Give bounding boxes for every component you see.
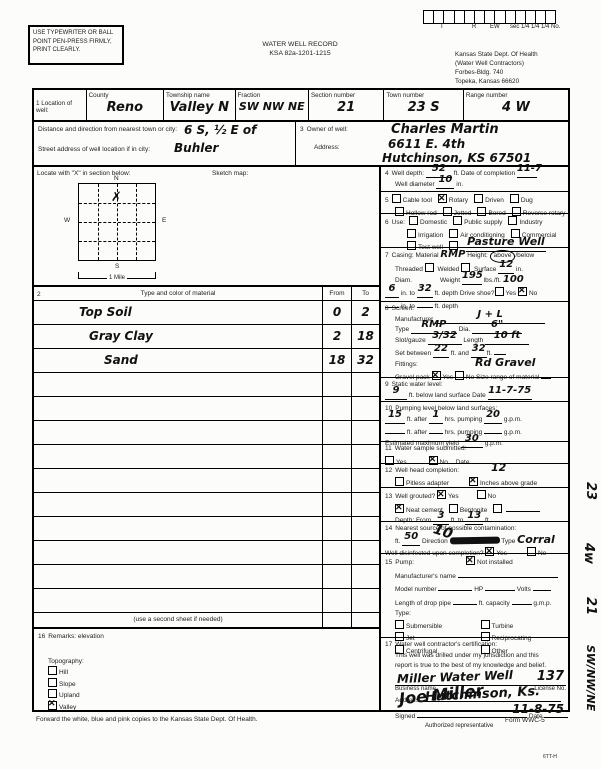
certification-label: Water well contractor's certification: — [395, 641, 497, 648]
bentonite-checkbox[interactable] — [449, 504, 458, 513]
table-row-empty — [34, 589, 379, 613]
from-cell: 2 — [322, 325, 351, 348]
not-installed-label: Not installed — [477, 559, 513, 566]
well-diameter-value: 10 — [438, 177, 452, 183]
grouted-no-label: No — [488, 493, 496, 500]
static-date-blank: 11-7-75 — [488, 391, 532, 400]
index-code-labels: T R EW sec 1/4 1/4 1/4 No. — [424, 24, 557, 33]
completion-date-label: ft. Date of completion — [454, 170, 515, 177]
drop-ft-label: ft. — [479, 600, 484, 607]
driven-checkbox[interactable] — [474, 194, 483, 203]
gpm-blank: 20 — [484, 415, 502, 424]
distance-owner-row: Distance and direction from nearest town… — [34, 122, 568, 167]
fraction-value: SW NW NE — [236, 100, 308, 113]
from-value: 0 — [333, 305, 341, 319]
inches-above-grade-checkbox[interactable] — [469, 477, 478, 486]
casing-depth-blank: 32 — [417, 289, 433, 298]
item-9-static-water-level: 9Static water level: 9 ft. below land su… — [381, 377, 568, 401]
gravel-note-value: Rd Gravel — [475, 358, 535, 369]
street-value: Buhler — [174, 141, 218, 155]
agency-line: Forbes-Bldg. 740 — [455, 68, 538, 77]
hill-checkbox[interactable] — [48, 666, 57, 675]
range-cell: Range number 4 W — [463, 90, 568, 120]
welded-label: Welded — [437, 266, 459, 273]
item-num: 4 — [385, 170, 389, 177]
casing-dia-blank: 6 — [385, 289, 399, 298]
from-value: 2 — [333, 329, 341, 343]
after-label: ft. after — [407, 416, 427, 423]
contamination-ft-label: ft. — [395, 538, 400, 545]
surface-value: 12 — [499, 262, 513, 268]
topography-label: Topography: — [48, 657, 375, 667]
material-value: Gray Clay — [89, 329, 153, 343]
hrs-pumping-label: hrs. pumping — [445, 416, 483, 423]
pump-type-label: Type: — [395, 610, 411, 617]
agency-line: Topeka, Kansas 66620 — [455, 77, 538, 86]
agency-line: (Water Well Contractors) — [455, 59, 538, 68]
item-13-well-grouted: 13Well grouted? YesNo Neat cementBentoni… — [381, 487, 568, 521]
item-4-well-depth: 4Well depth: 52 ft. Date of completion 1… — [381, 167, 568, 191]
distance-value: 6 S, ½ E of — [184, 123, 256, 137]
upland-label: Upland — [59, 692, 80, 699]
item-8-screen: 8Screen: Manufacturer J + L Type RMP Dia… — [381, 301, 568, 377]
topography-option: Upland — [48, 689, 375, 701]
casing-material-label: Material — [415, 252, 438, 259]
slope-checkbox[interactable] — [48, 678, 57, 687]
certification-text-1: This well was drilled under my jurisdict… — [395, 651, 566, 662]
section-value: 21 — [309, 100, 383, 115]
hp-label: HP — [474, 586, 483, 593]
table-row-empty — [34, 373, 379, 397]
pump-label: Pump: — [395, 559, 414, 566]
gmp-label: g.m.p. — [533, 600, 551, 607]
county-value: Reno — [87, 100, 163, 115]
contamination-ft-blank: 50 — [402, 537, 420, 546]
table-row: Sand 18 32 — [34, 349, 379, 373]
fraction-label: Fraction — [238, 92, 306, 99]
grout-to-value: 13 — [467, 513, 481, 519]
valley-label: Valley — [59, 704, 76, 711]
agency-line: Kansas State Dept. Of Health — [455, 50, 538, 59]
index-box[interactable] — [545, 10, 556, 24]
topography-option: Valley — [48, 701, 375, 713]
margin-note-range: 4w — [581, 543, 596, 564]
material-value: Sand — [104, 353, 138, 367]
county-cell: County Reno — [86, 90, 163, 120]
in-label: in. — [456, 181, 463, 188]
casing-dia-value: 6 — [389, 286, 396, 292]
hours-blank: 1 — [429, 415, 443, 424]
agency-address: Kansas State Dept. Of Health (Water Well… — [455, 50, 538, 86]
static-date-label: Date — [472, 392, 486, 399]
item-6-use: 6Use:DomesticPublic supplyIndustry Irrig… — [381, 213, 568, 247]
in-to-label: in. to — [401, 290, 415, 297]
set-from-blank: 22 — [433, 349, 449, 358]
water-sample-label: Water sample submitted: — [395, 445, 467, 452]
set-to-value: 32 — [472, 346, 486, 352]
well-head-value: 12 — [491, 463, 506, 474]
industry-checkbox[interactable] — [508, 216, 517, 225]
grout-from-value: 3 — [437, 513, 444, 519]
label-ew: EW — [490, 24, 500, 30]
range-label: Range number — [466, 92, 566, 99]
well-grouted-label: Well grouted? — [395, 493, 435, 500]
in-label: in. — [516, 266, 523, 273]
hours-value: 1 — [432, 412, 439, 418]
margin-note-section: 21 — [583, 597, 598, 615]
label-sec: sec 1/4 1/4 1/4 No. — [510, 24, 560, 30]
table-row-empty — [34, 517, 379, 541]
weight-value: 195 — [462, 273, 483, 279]
submersible-label: Submersible — [406, 623, 442, 630]
owner-address-value-1: 6611 E. 4th — [388, 137, 465, 151]
compass-east: E — [162, 217, 166, 224]
slot-gauze-label: Slot/gauze — [395, 337, 426, 344]
left-column: Locate with "X" in section below: Sketch… — [34, 167, 379, 712]
location-row: 1 Location of well: County Reno Township… — [34, 90, 568, 122]
casing-material-value: RMP — [440, 249, 465, 260]
turbine-checkbox[interactable] — [481, 620, 490, 629]
to-cell: 32 — [351, 349, 379, 372]
screen-length-value: 10 ft — [494, 333, 521, 339]
table-row-empty — [34, 493, 379, 517]
irrigation-label: Irrigation — [418, 232, 443, 239]
material-table-header: 2 Type and color of material From To — [34, 287, 379, 301]
not-installed-checkbox[interactable] — [466, 556, 475, 565]
gpm-label: g.p.m. — [504, 416, 522, 423]
table-row-empty — [34, 469, 379, 493]
neat-cement-checkbox[interactable] — [395, 504, 404, 513]
rotary-label: Rotary — [449, 197, 468, 204]
contamination-type-label: Type — [501, 538, 515, 545]
item-num: 8 — [385, 305, 389, 312]
item-14-contamination: 14Nearest source of possible contaminati… — [381, 521, 568, 553]
well-depth-label: Well depth: — [392, 170, 424, 177]
static-level-value: 9 — [393, 388, 400, 394]
remarks-label: Remarks: elevation — [48, 633, 104, 640]
sketch-map-label: Sketch map: — [212, 170, 248, 177]
upland-checkbox[interactable] — [48, 689, 57, 698]
turbine-label: Turbine — [492, 623, 514, 630]
pumping-level-blank: 15 — [385, 415, 405, 424]
set-mid-label: ft. and — [451, 350, 469, 357]
drive-shoe-yes-checkbox[interactable] — [495, 287, 504, 296]
margin-note-town: 23 — [583, 482, 598, 500]
drive-shoe-label: Drive shoe? — [460, 290, 495, 297]
dug-checkbox[interactable] — [510, 194, 519, 203]
pitless-adapter-label: Pitless adapter — [406, 480, 449, 487]
index-code-cells — [424, 10, 557, 24]
drive-shoe-yes-label: Yes — [506, 290, 517, 297]
to-cell: 2 — [351, 301, 379, 324]
table-row-empty — [34, 397, 379, 421]
contamination-ft-value: 50 — [404, 534, 418, 540]
weight-blank: 195 — [462, 276, 482, 285]
driven-label: Driven — [485, 197, 504, 204]
screen-dia-value: 6" — [491, 322, 503, 328]
use-label: Use: — [392, 219, 405, 226]
table-row-empty — [34, 421, 379, 445]
screen-length-blank: 10 ft — [485, 336, 529, 345]
irrigation-checkbox[interactable] — [407, 229, 416, 238]
item-15-pump: 15Pump:Not installed Manufacturer's name… — [381, 553, 568, 637]
casing-height-label: Height: — [467, 252, 488, 259]
pumping-level-value: 15 — [388, 412, 402, 418]
to-value: 32 — [357, 353, 374, 367]
material-cell: Gray Clay — [34, 325, 322, 348]
from-value: 18 — [329, 353, 346, 367]
material-cell: Top Soil — [34, 301, 322, 324]
grouted-no-checkbox[interactable] — [477, 490, 486, 499]
item-17-certification: 17Water well contractor's certification:… — [381, 637, 568, 714]
instruction-box: USE TYPEWRITER OR BALL POINT PEN-PRESS F… — [28, 25, 124, 65]
print-code: 6TT-H — [543, 754, 557, 760]
grout-other-checkbox[interactable] — [493, 504, 502, 513]
to-cell: 18 — [351, 325, 379, 348]
pitless-adapter-checkbox[interactable] — [395, 477, 404, 486]
license-number-value: 137 — [537, 669, 564, 684]
public-supply-label: Public supply — [464, 219, 502, 226]
table-row-empty — [34, 565, 379, 589]
pump-manufacturer-label: Manufacturer's name — [395, 573, 456, 580]
completion-date-value: 11-7 — [517, 166, 542, 172]
compass-west: W — [64, 217, 70, 224]
remarks-num: 16 — [38, 633, 45, 640]
grid-line — [79, 241, 155, 242]
label-r: R — [472, 24, 476, 30]
topography-option: Hill — [48, 666, 375, 678]
well-diameter-label: Well diameter — [395, 181, 435, 188]
below-land-label: ft. below land surface — [409, 392, 470, 399]
casing-label: Casing: — [392, 252, 414, 259]
domestic-label: Domestic — [420, 219, 447, 226]
drop-pipe-label: Length of drop pipe — [395, 600, 451, 607]
form-title-block: WATER WELL RECORD KSA 82a-1201-1215 — [220, 40, 380, 58]
threaded-checkbox[interactable] — [425, 263, 434, 272]
well-head-label: Well head completion: — [395, 467, 459, 474]
material-header-cell: 2 Type and color of material — [34, 287, 322, 300]
from-cell: 18 — [322, 349, 351, 372]
item-num: 5 — [385, 197, 389, 204]
item-7-casing: 7Casing: Material RMP Height: above/belo… — [381, 247, 568, 301]
static-date-value: 11-7-75 — [488, 388, 531, 394]
after-label-2: ft. after — [407, 429, 427, 436]
signed-date-value: 11-8-75 — [512, 702, 564, 716]
section-label: Section number — [311, 92, 381, 99]
weight-extra-value: 100 — [503, 274, 524, 285]
from-cell: 0 — [322, 301, 351, 324]
hill-label: Hill — [59, 669, 68, 676]
item-num: 12 — [385, 467, 392, 474]
item-num: 13 — [385, 493, 392, 500]
item-num: 14 — [385, 525, 392, 532]
air-conditioning-checkbox[interactable] — [449, 229, 458, 238]
item-num: 15 — [385, 559, 392, 566]
screen-type-label: Type — [395, 326, 409, 333]
weight-label: Weight — [440, 277, 460, 284]
completion-date-blank: 11-7 — [517, 169, 537, 178]
diam-label: Diam. — [395, 277, 412, 284]
material-value: Top Soil — [79, 305, 132, 319]
scribbled-out-text — [449, 537, 499, 545]
item-num: 17 — [385, 641, 392, 648]
capacity-label: capacity — [486, 600, 510, 607]
from-header: From — [322, 287, 351, 300]
grouted-yes-checkbox[interactable] — [437, 490, 446, 499]
item-num: 11 — [385, 445, 392, 452]
to-value: 18 — [357, 329, 374, 343]
slope-label: Slope — [59, 681, 76, 688]
item-5-drill-method: 5Cable toolRotaryDrivenDug Hollow rodJet… — [381, 191, 568, 213]
instruction-line: PRINT CLEARLY. — [33, 46, 119, 55]
screen-manufacturer-value: J + L — [477, 312, 502, 318]
item-12-well-head: 12Well head completion:12 Pitless adapte… — [381, 463, 568, 487]
signed-label: Signed — [395, 713, 415, 720]
grid-line — [79, 222, 155, 223]
item-10-pumping-level: 10Pumping level below land surfaces: 15 … — [381, 401, 568, 441]
topography-option: Slope — [48, 678, 375, 690]
owner-cell: 3Owner of well: Charles Martin Address: … — [295, 122, 568, 165]
owner-num: 3 — [300, 126, 304, 133]
item-num: 6 — [385, 219, 389, 226]
locate-section: Locate with "X" in section below: Sketch… — [34, 167, 379, 285]
rotary-checkbox[interactable] — [438, 194, 447, 203]
form-number: Form WWC-5 — [505, 717, 545, 724]
section-cell: Section number 21 — [308, 90, 383, 120]
material-header-label: Type and color of material — [141, 290, 216, 297]
cable-tool-label: Cable tool — [403, 197, 432, 204]
drive-shoe-no-checkbox[interactable] — [518, 287, 527, 296]
forward-copies-note: Forward the white, blue and pink copies … — [36, 716, 258, 723]
item-num: 9 — [385, 381, 389, 388]
item-num: 7 — [385, 252, 389, 259]
table-number: 2 — [37, 288, 41, 302]
range-value: 4 W — [464, 100, 568, 115]
item-11-water-sample: 11Water sample submitted: YesNo Date — [381, 441, 568, 463]
contamination-overlay-value: 10 — [432, 524, 454, 540]
model-number-label: Model number — [395, 586, 437, 593]
instruction-line: POINT PEN-PRESS FIRMLY, — [33, 38, 119, 47]
remarks-section: 16Remarks: elevation Topography: Hill Sl… — [34, 627, 379, 714]
owner-label: Owner of well: — [307, 126, 348, 133]
township-cell: Township name Valley N — [163, 90, 234, 120]
pumping-level-label: Pumping level below land surfaces: — [395, 405, 497, 412]
town-value: 23 S — [384, 100, 462, 115]
table-row-empty — [34, 445, 379, 469]
other-use-value: Pasture Well — [467, 239, 545, 245]
street-label: Street address of well location if in ci… — [38, 145, 291, 156]
industry-label: Industry — [519, 219, 542, 226]
set-from-value: 22 — [434, 346, 448, 352]
section-grid[interactable]: ✗ — [78, 183, 156, 261]
static-level-blank: 9 — [385, 391, 407, 400]
well-location-x-mark: ✗ — [111, 190, 122, 205]
material-log-table: 2 Type and color of material From To Top… — [34, 285, 379, 627]
screen-dia-label: Dia. — [459, 326, 471, 333]
right-column: 4Well depth: 52 ft. Date of completion 1… — [379, 167, 568, 712]
compass-south: S — [115, 263, 119, 270]
slot-gauze-value: 3/32 — [432, 333, 457, 339]
submersible-checkbox[interactable] — [395, 620, 404, 629]
fittings-label: Fittings: — [395, 361, 418, 368]
volts-label: Volts — [517, 586, 531, 593]
height-below-label: /below — [515, 252, 534, 259]
public-supply-checkbox[interactable] — [453, 216, 462, 225]
cable-tool-checkbox[interactable] — [392, 194, 401, 203]
index-code-boxes: T R EW sec 1/4 1/4 1/4 No. — [424, 10, 557, 36]
valley-checkbox[interactable] — [48, 701, 57, 710]
well-depth-value: 52 — [432, 166, 446, 172]
water-well-record-form: 1 Location of well: County Reno Township… — [32, 88, 570, 712]
table-row: Gray Clay 2 18 — [34, 325, 379, 349]
form-title: WATER WELL RECORD — [220, 40, 380, 49]
casing-depth-value: 32 — [418, 286, 432, 292]
auth-rep-label: Authorized representative — [425, 723, 493, 730]
form-statute: KSA 82a-1201-1215 — [220, 49, 380, 58]
scale-label: 1 Mile — [107, 275, 127, 281]
dug-label: Dug — [521, 197, 533, 204]
town-cell: Town number 23 S — [383, 90, 462, 120]
to-value: 2 — [361, 305, 369, 319]
set-between-label: Set between — [395, 350, 431, 357]
township-value: Valley N — [164, 100, 234, 115]
township-label: Township name — [166, 92, 232, 99]
screen-type-value: RMP — [421, 322, 446, 328]
contamination-type-value: Corral — [517, 533, 555, 546]
margin-note-fraction: SW/NW/NE — [584, 645, 597, 711]
gpm-value: 20 — [486, 412, 500, 418]
location-label: 1 Location of well: — [36, 100, 84, 114]
table-row-empty — [34, 541, 379, 565]
fraction-cell: Fraction SW NW NE — [235, 90, 308, 120]
compass-north: N — [114, 175, 119, 182]
surface-blank: 12 — [498, 265, 514, 274]
domestic-checkbox[interactable] — [409, 216, 418, 225]
table-row: Top Soil 0 2 — [34, 301, 379, 325]
location-label-cell: 1 Location of well: — [34, 90, 86, 120]
label-t: T — [440, 24, 444, 30]
inches-above-grade-label: Inches above grade — [480, 480, 537, 487]
to-header: To — [351, 287, 379, 300]
instruction-line: USE TYPEWRITER OR BALL — [33, 29, 119, 38]
gpm-label-2: g.p.m. — [504, 429, 522, 436]
grouted-yes-label: Yes — [448, 493, 459, 500]
owner-address-value-2: Hutchinson, KS 67501 — [382, 151, 531, 165]
well-diameter-blank: 10 — [436, 180, 454, 189]
town-label: Town number — [386, 92, 460, 99]
owner-value: Charles Martin — [391, 122, 499, 137]
threaded-label: Threaded — [395, 266, 423, 273]
material-cell: Sand — [34, 349, 322, 372]
county-label: County — [89, 92, 161, 99]
drive-shoe-no-label: No — [529, 290, 537, 297]
weight-unit-label: lbs./ft. — [484, 277, 501, 284]
distance-cell: Distance and direction from nearest town… — [34, 122, 295, 165]
screen-label: Screen: — [392, 305, 414, 312]
ft-depth-label: ft. depth — [435, 290, 459, 297]
scale-bar: 1 Mile — [78, 273, 156, 279]
